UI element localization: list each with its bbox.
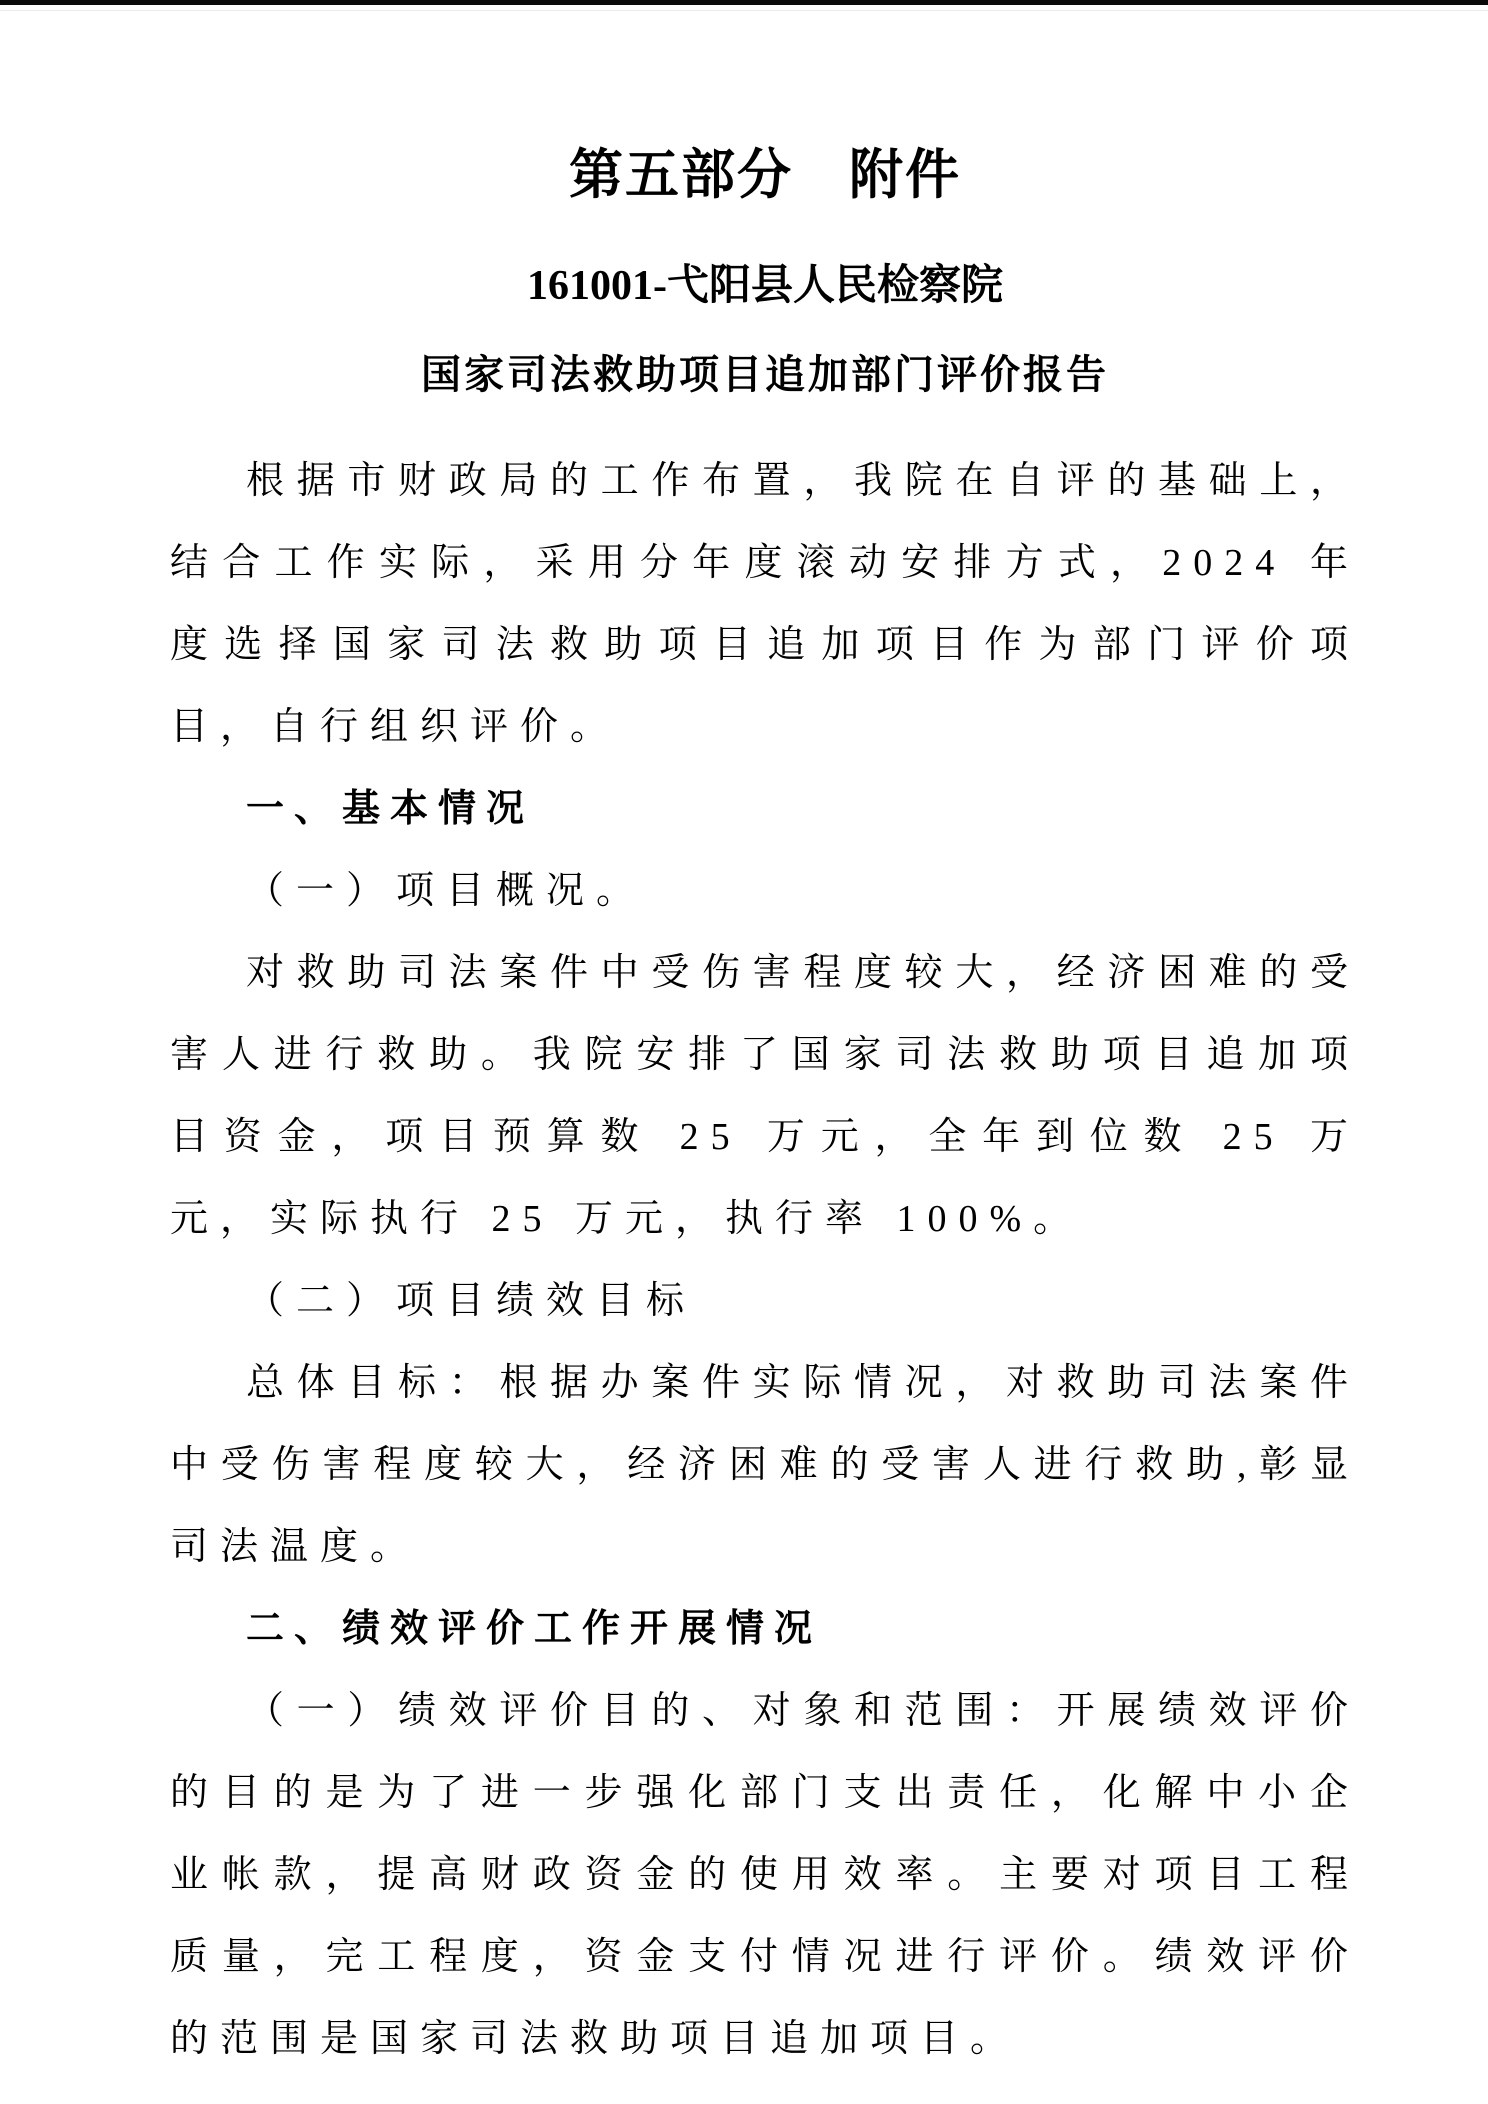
paragraph: （一）绩效评价目的、对象和范围：开展绩效评价的目的是为了进一步强化部门支出责任，… [170, 1670, 1360, 2080]
document-page: { "document": { "part_title": "第五部分 附件",… [0, 0, 1488, 2104]
paragraph: （二）项目绩效目标 [170, 1260, 1360, 1342]
unit-title: 161001-弋阳县人民检察院 [170, 260, 1360, 312]
section-heading: 二、绩效评价工作开展情况 [170, 1588, 1360, 1670]
report-page: 第五部分 附件 161001-弋阳县人民检察院 国家司法救助项目追加部门评价报告… [170, 0, 1360, 2080]
paragraph: 对救助司法案件中受伤害程度较大，经济困难的受害人进行救助。我院安排了国家司法救助… [170, 932, 1360, 1260]
paragraph: （一）项目概况。 [170, 850, 1360, 932]
part-title: 第五部分 附件 [170, 0, 1360, 208]
report-body: 根据市财政局的工作布置，我院在自评的基础上，结合工作实际，采用分年度滚动安排方式… [170, 440, 1360, 2080]
section-heading: 一、基本情况 [170, 768, 1360, 850]
paragraph: 总体目标：根据办案件实际情况，对救助司法案件中受伤害程度较大，经济困难的受害人进… [170, 1342, 1360, 1588]
paragraph: 根据市财政局的工作布置，我院在自评的基础上，结合工作实际，采用分年度滚动安排方式… [170, 440, 1360, 768]
report-title: 国家司法救助项目追加部门评价报告 [170, 350, 1360, 400]
